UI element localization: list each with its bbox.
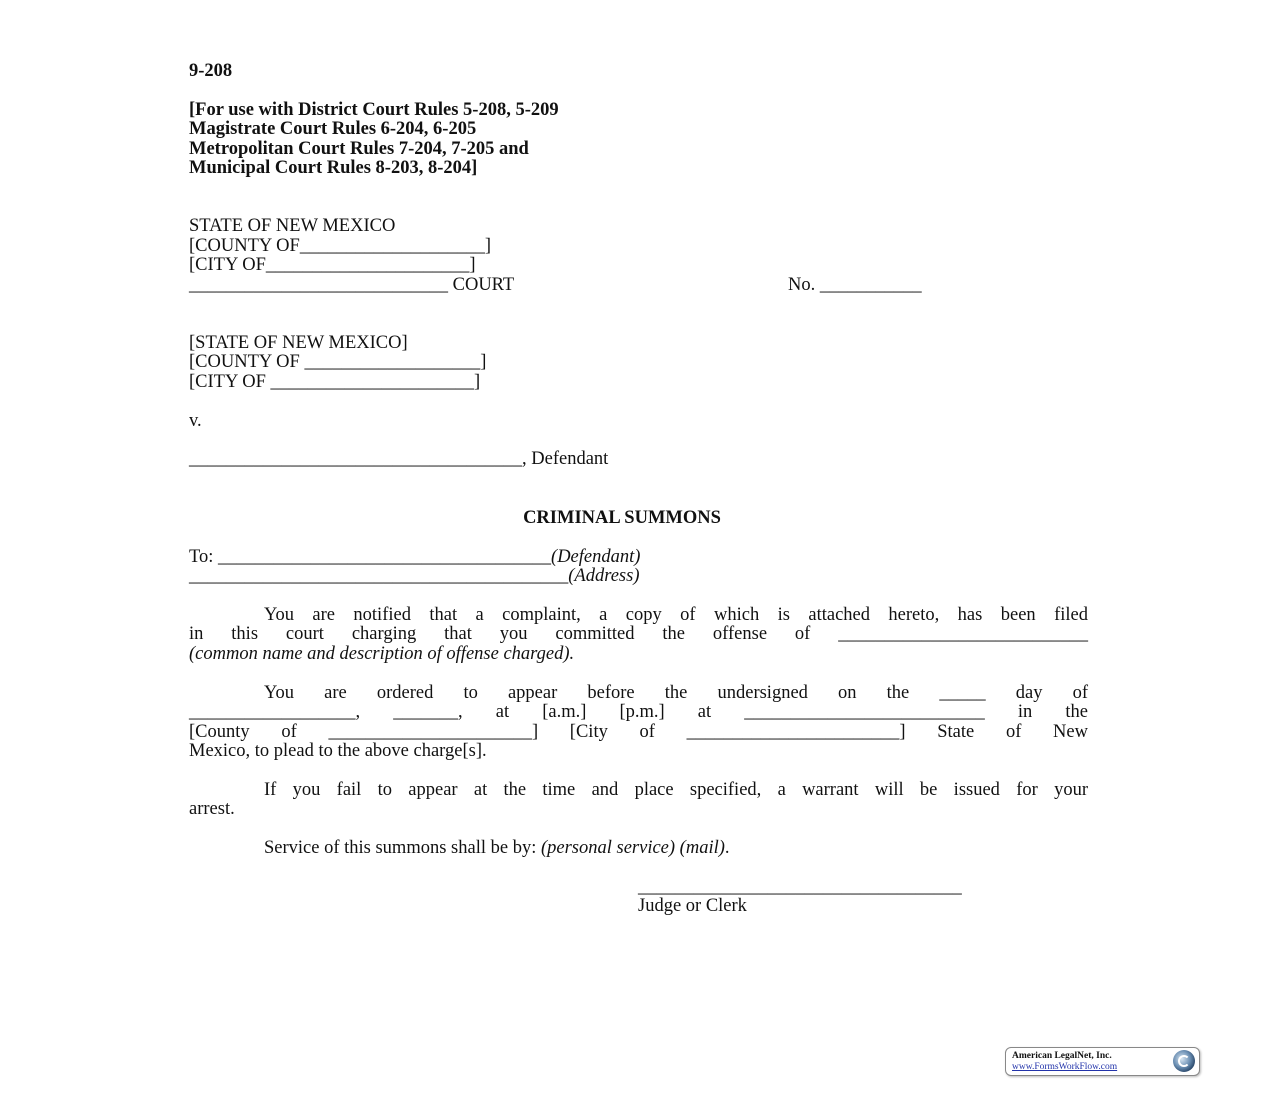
notice-paragraph-line: You are notified that a complaint, a cop… [189, 605, 1088, 625]
company-name: American LegalNet, Inc. [1012, 1051, 1112, 1061]
rules-header-line: Metropolitan Court Rules 7-204, 7-205 an… [189, 139, 529, 159]
plaintiff-state: [STATE OF NEW MEXICO] [189, 333, 408, 353]
appear-paragraph-line: Mexico, to plead to the above charge[s]. [189, 741, 487, 761]
document-title: CRIMINAL SUMMONS [189, 508, 1055, 528]
plaintiff-city-field: [CITY OF ______________________] [189, 372, 480, 392]
notice-paragraph-line: in this court charging that you committe… [189, 624, 1088, 644]
warrant-paragraph-line: arrest. [189, 799, 235, 819]
plaintiff-county-field: [COUNTY OF ___________________] [189, 352, 486, 372]
rules-header-line: Magistrate Court Rules 6-204, 6-205 [189, 119, 476, 139]
offense-description-label: (common name and description of offense … [189, 644, 574, 664]
appear-paragraph-line: [County of ______________________] [City… [189, 722, 1088, 742]
defendant-label: (Defendant) [551, 547, 640, 567]
address-field: ________________________________________… [189, 566, 568, 586]
caption-court-field: ____________________________ COURT [189, 275, 514, 295]
to-defendant-line: To: ____________________________________… [189, 547, 640, 567]
globe-logo-icon [1173, 1050, 1195, 1072]
forms-workflow-link[interactable]: www.FormsWorkFlow.com [1012, 1062, 1117, 1072]
american-legalnet-badge[interactable]: American LegalNet, Inc. www.FormsWorkFlo… [1005, 1047, 1200, 1076]
address-line: ________________________________________… [189, 566, 640, 586]
caption-city-field: [CITY OF______________________] [189, 255, 476, 275]
caption-state: STATE OF NEW MEXICO [189, 216, 395, 236]
address-label: (Address) [568, 566, 639, 586]
service-options: (personal service) (mail) [541, 838, 725, 858]
defendant-field: ____________________________________, De… [189, 449, 608, 469]
case-number-field: No. ___________ [788, 275, 922, 295]
versus-label: v. [189, 411, 202, 431]
appear-paragraph-line: __________________, _______, at [a.m.] [… [189, 702, 1088, 722]
warrant-paragraph-line: If you fail to appear at the time and pl… [189, 780, 1088, 800]
signature-label: Judge or Clerk [638, 896, 747, 916]
service-paragraph: Service of this summons shall be by: (pe… [264, 838, 730, 858]
signature-line: ___________________________________ [638, 877, 962, 897]
to-defendant-field: To: ____________________________________ [189, 547, 551, 567]
rules-header-line: Municipal Court Rules 8-203, 8-204] [189, 158, 477, 178]
appear-paragraph-line: You are ordered to appear before the und… [189, 683, 1088, 703]
rules-header-line: [For use with District Court Rules 5-208… [189, 100, 559, 120]
caption-county-field: [COUNTY OF____________________] [189, 236, 491, 256]
form-number: 9-208 [189, 61, 232, 81]
